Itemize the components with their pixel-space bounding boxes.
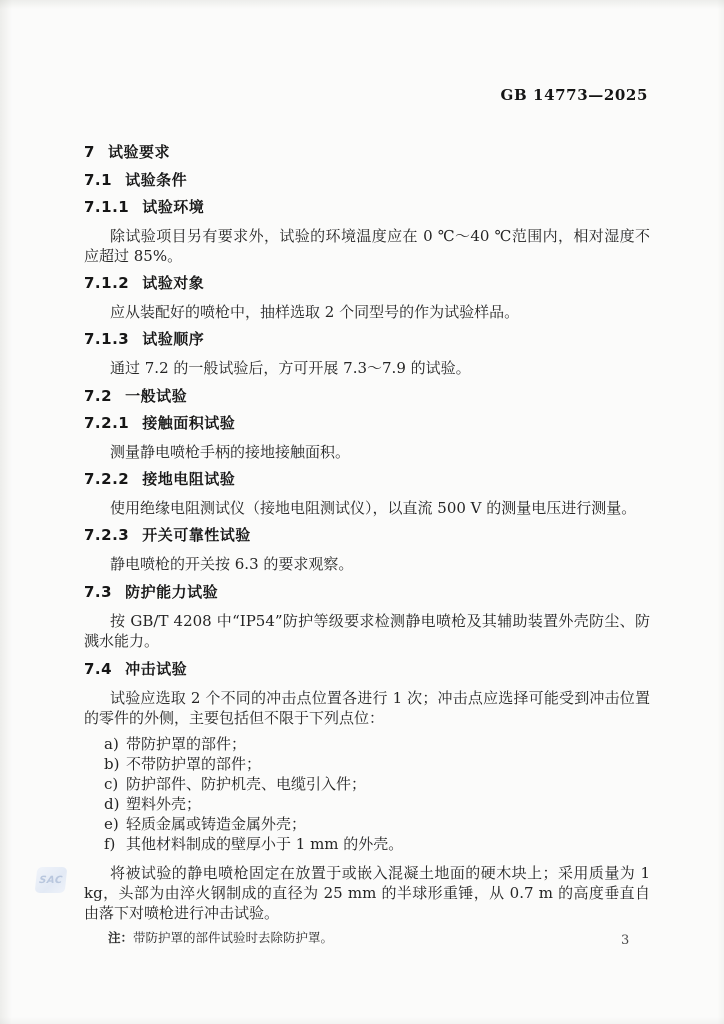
body-paragraph: 按 GB/T 4208 中“IP54”防护等级要求检测静电喷枪及其辅助装置外壳防… [84, 611, 650, 651]
note-label: 注： [108, 930, 133, 945]
section-title: 一般试验 [125, 387, 187, 405]
content: 7试验要求7.1试验条件7.1.1试验环境除试验项目另有要求外，试验的环境温度应… [84, 142, 650, 947]
body-paragraph: 试验应选取 2 个不同的冲击点位置各进行 1 次；冲击点应选择可能受到冲击位置的… [84, 688, 650, 728]
list-item-text: 不带防护罩的部件； [126, 755, 261, 773]
section-title: 冲击试验 [125, 660, 187, 678]
list-item: a)带防护罩的部件； [84, 734, 650, 754]
section-title: 接触面积试验 [142, 414, 235, 432]
list-item: d)塑料外壳； [84, 794, 650, 814]
section-heading: 7.3防护能力试验 [84, 582, 650, 602]
body-paragraph: 应从装配好的喷枪中，抽样选取 2 个同型号的作为试验样品。 [84, 302, 650, 322]
section-number: 7.2.3 [84, 526, 129, 544]
standard-code-header: GB 14773—2025 [501, 86, 648, 104]
section-heading: 7.2.3开关可靠性试验 [84, 525, 650, 545]
list-item: f)其他材料制成的壁厚小于 1 mm 的外壳。 [84, 834, 650, 854]
note-text: 带防护罩的部件试验时去除防护罩。 [133, 930, 333, 945]
body-paragraph: 通过 7.2 的一般试验后，方可开展 7.3～7.9 的试验。 [84, 358, 650, 378]
section-number: 7 [84, 143, 95, 161]
section-number: 7.2.1 [84, 414, 129, 432]
list-item: c)防护部件、防护机壳、电缆引入件； [84, 774, 650, 794]
list-item-text: 其他材料制成的壁厚小于 1 mm 的外壳。 [126, 835, 403, 853]
section-title: 试验要求 [108, 143, 170, 161]
section-number: 7.1.3 [84, 330, 129, 348]
list-item-text: 防护部件、防护机壳、电缆引入件； [126, 775, 366, 793]
list-item: e)轻质金属或铸造金属外壳； [84, 814, 650, 834]
list-item-label: c) [104, 774, 126, 794]
section-number: 7.2 [84, 387, 112, 405]
section-number: 7.1 [84, 171, 112, 189]
note: 注：带防护罩的部件试验时去除防护罩。 [84, 929, 650, 947]
section-title: 试验对象 [142, 274, 204, 292]
section-title: 防护能力试验 [125, 583, 218, 601]
section-heading: 7.1.2试验对象 [84, 273, 650, 293]
body-paragraph: 使用绝缘电阻测试仪（接地电阻测试仪），以直流 500 V 的测量电压进行测量。 [84, 498, 650, 518]
section-heading: 7.2.2接地电阻试验 [84, 469, 650, 489]
section-heading: 7.2.1接触面积试验 [84, 413, 650, 433]
section-title: 试验顺序 [142, 330, 204, 348]
section-heading: 7.1试验条件 [84, 170, 650, 190]
section-title: 试验条件 [125, 171, 187, 189]
list-item-label: b) [104, 754, 126, 774]
body-paragraph: 测量静电喷枪手柄的接地接触面积。 [84, 442, 650, 462]
section-title: 接地电阻试验 [142, 470, 235, 488]
body-paragraph: 除试验项目另有要求外，试验的环境温度应在 0 ℃～40 ℃范围内，相对湿度不应超… [84, 226, 650, 266]
list-item-label: f) [104, 834, 126, 854]
section-heading: 7试验要求 [84, 142, 650, 162]
ordered-list: a)带防护罩的部件；b)不带防护罩的部件；c)防护部件、防护机壳、电缆引入件；d… [84, 734, 650, 854]
body-paragraph: 静电喷枪的开关按 6.3 的要求观察。 [84, 554, 650, 574]
section-number: 7.3 [84, 583, 112, 601]
section-number: 7.4 [84, 660, 112, 678]
list-item-text: 轻质金属或铸造金属外壳； [126, 815, 306, 833]
list-item-label: a) [104, 734, 126, 754]
list-item-text: 塑料外壳； [126, 795, 201, 813]
section-title: 试验环境 [142, 198, 204, 216]
section-number: 7.1.1 [84, 198, 129, 216]
section-heading: 7.4冲击试验 [84, 659, 650, 679]
list-item-label: d) [104, 794, 126, 814]
list-item: b)不带防护罩的部件； [84, 754, 650, 774]
section-heading: 7.1.3试验顺序 [84, 329, 650, 349]
section-heading: 7.1.1试验环境 [84, 197, 650, 217]
section-title: 开关可靠性试验 [142, 526, 251, 544]
list-item-text: 带防护罩的部件； [126, 735, 246, 753]
section-heading: 7.2一般试验 [84, 386, 650, 406]
section-number: 7.1.2 [84, 274, 129, 292]
body-paragraph: 将被试验的静电喷枪固定在放置于或嵌入混凝土地面的硬木块上；采用质量为 1 kg，… [84, 863, 650, 923]
sac-logo-watermark: SAC [35, 867, 68, 893]
sac-watermark-text: SAC [39, 875, 64, 886]
page-number: 3 [621, 933, 629, 948]
list-item-label: e) [104, 814, 126, 834]
section-number: 7.2.2 [84, 470, 129, 488]
